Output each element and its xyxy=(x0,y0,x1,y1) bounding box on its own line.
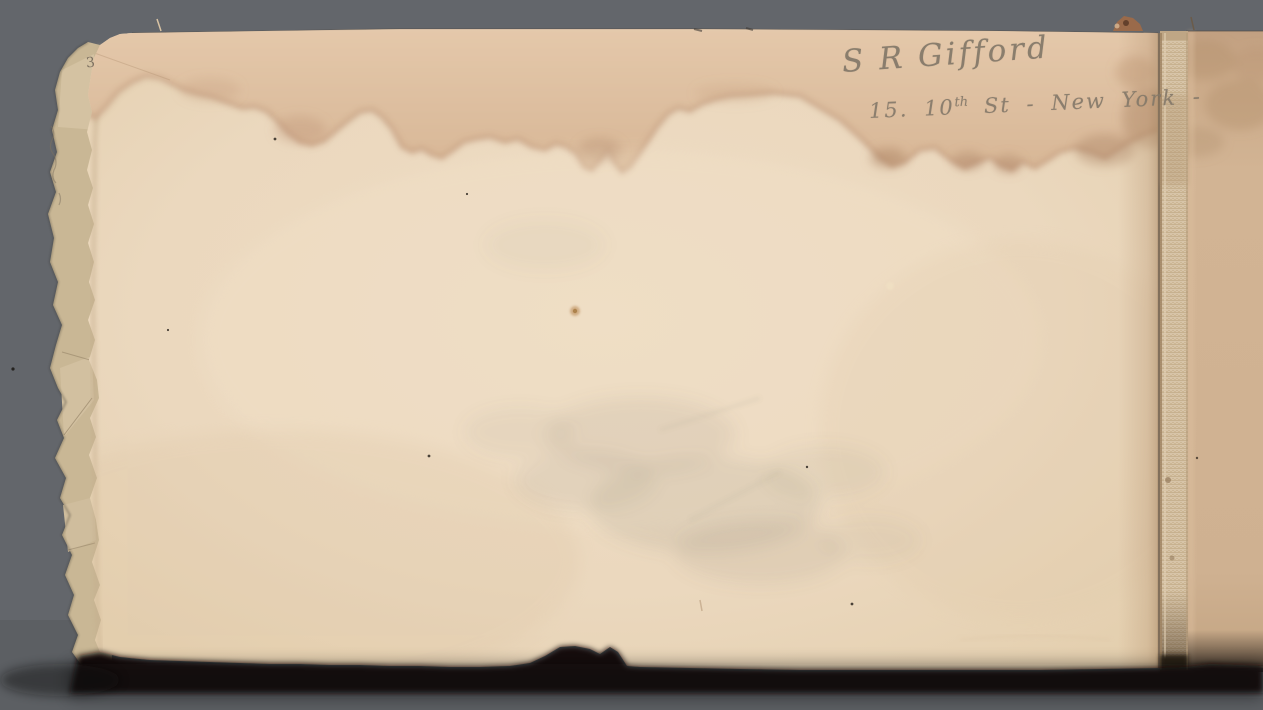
address-prefix: 15. 10 xyxy=(868,95,955,123)
page-number: 3 xyxy=(85,55,96,72)
address-ordinal-suffix: th xyxy=(954,95,968,111)
sketchbook-photograph: 3 S R Gifford 15. 10th St - New York - xyxy=(0,0,1263,710)
binding-strap xyxy=(1159,31,1188,675)
leaf-ridge-highlight xyxy=(1188,31,1194,668)
background-speck xyxy=(11,367,14,370)
strap-knot xyxy=(1165,477,1171,483)
